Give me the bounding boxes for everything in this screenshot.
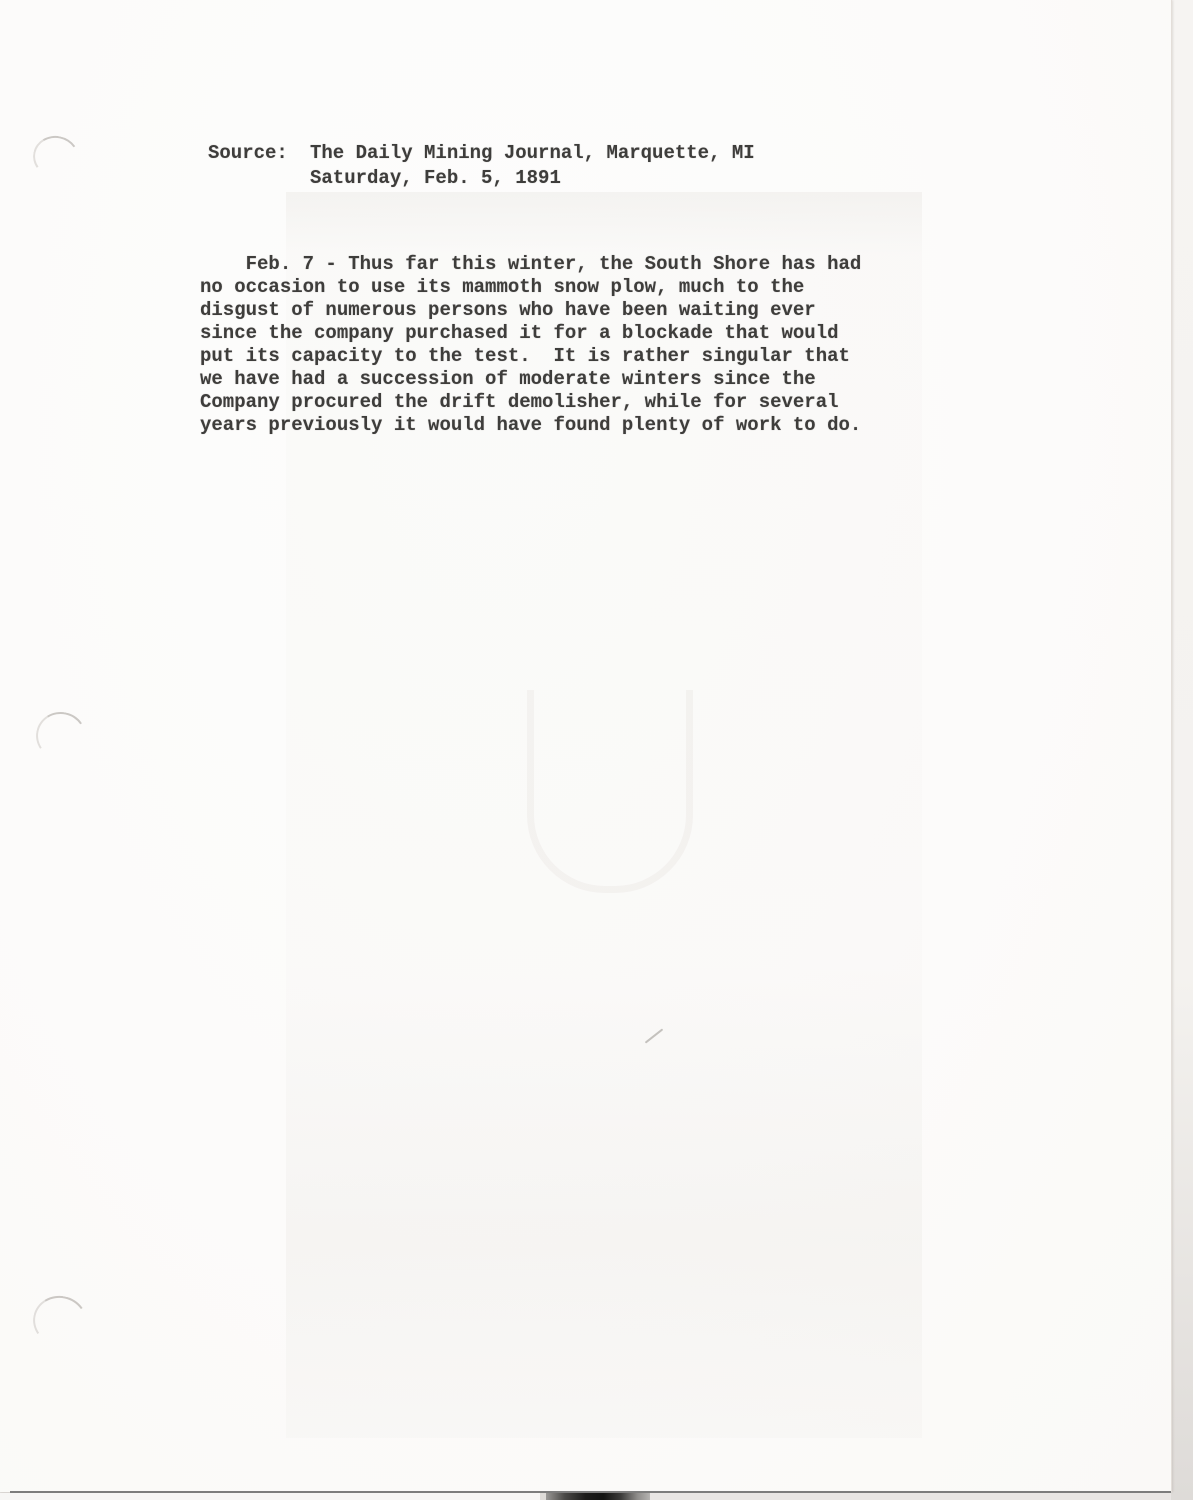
ghost-bleedthrough-mark (527, 690, 693, 893)
dark-smudge-artifact (546, 1493, 650, 1500)
scan-stray-mark (645, 1028, 664, 1043)
paper-sheet: Source: The Daily Mining Journal, Marque… (0, 0, 1172, 1492)
hole-punch-bottom (28, 1291, 91, 1351)
hole-punch-top (29, 132, 83, 183)
source-citation: The Daily Mining Journal, Marquette, MI … (310, 141, 755, 191)
hole-punch-middle (32, 707, 91, 764)
scanned-document: Source: The Daily Mining Journal, Marque… (0, 0, 1193, 1500)
next-sheet-below (0, 1493, 540, 1500)
article-body-text: Feb. 7 - Thus far this winter, the South… (200, 253, 861, 437)
source-label: Source: (208, 141, 288, 166)
scanner-bed-strip (650, 1493, 1171, 1500)
